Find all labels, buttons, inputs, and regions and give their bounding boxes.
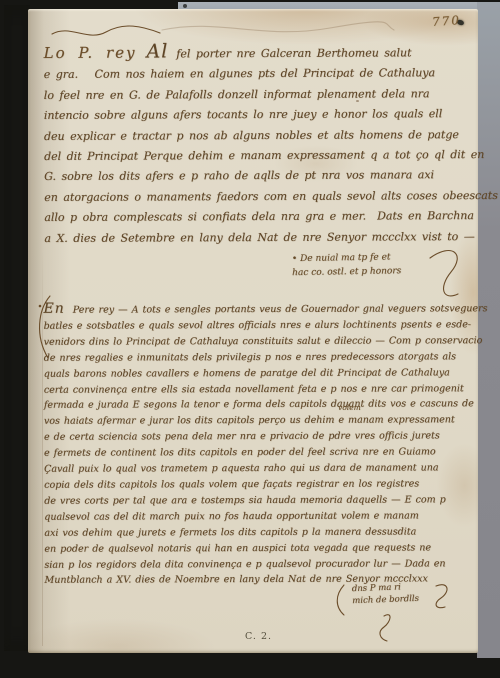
letter-2: EnPere rey — A tots e sengles portants v… [43,300,478,589]
manuscript-line: vos haiats afermar e jurar los dits capi… [44,413,478,430]
manuscript-line: de nres regalies e inmunitats dels privi… [44,349,478,366]
manuscript-line: a X. dies de Setembre en lany dela Nat d… [44,227,476,249]
marginal-note: • De nuial ma tp fe et hac co. ostl. et … [292,251,422,280]
book-gutter-page-edges [4,5,30,651]
interlinear-word: volem [338,403,361,412]
manuscript-line: e fermets de continent los dits capitols… [44,444,478,461]
letter-2-initial: En [43,301,64,317]
letter-1: Lo P. reyAlfel porter nre Galceran Berth… [44,40,477,249]
manuscript-line: allo p obra complescats si confiats dela… [44,206,476,228]
manuscript-line: batles e sotsbatles e quals sevol altres… [44,317,478,334]
letter-1-initial: Al [146,40,168,62]
manuscript-line: fermada e jurada E segons la tenor e for… [44,397,478,414]
signature-note-line: mich de bordlls [352,593,419,607]
manuscript-photo: 770 Lo P. reyAlfel porter nre Galceran B… [0,0,500,678]
backdrop-strip-right [477,2,500,658]
manuscript-line: Lo P. reyAlfel porter nre Galceran Berth… [44,40,476,65]
manuscript-line: e gra. Com nos haiem en algunes pts del … [44,63,476,85]
manuscript-line: EnPere rey — A tots e sengles portants v… [43,300,477,318]
manuscript-line: e de certa sciencia sots pena dela mer n… [44,428,478,445]
manuscript-line: axi vos dehim que jurets e fermets los d… [44,524,478,541]
manuscript-line: del dit Principat Perque dehim e manam e… [44,145,476,167]
folio-number: 770 [432,13,462,29]
manuscript-line: intencio sobre alguns afers tocants lo n… [44,104,476,126]
quire-mark: C. 2. [245,631,272,642]
manuscript-line: de vres corts per tal que ara e tostemps… [44,492,478,509]
manuscript-line: venidors dins lo Principat de Cathaluya … [44,333,478,350]
manuscript-line: quals barons nobles cavallers e homens d… [44,365,478,382]
manuscript-line: certa convinença entre ells sia estada n… [44,381,478,398]
manuscript-line: qualsevol cas del dit march puix no fos … [44,508,478,525]
manuscript-line: lo feel nre en G. de Palafolls donzell i… [44,84,476,106]
letter-2-first-line: Pere rey — A tots e sengles portants veu… [73,303,488,315]
letter-1-opener: Lo P. rey [44,44,137,62]
manuscript-line: deu explicar e tractar p nos ab alguns n… [44,125,476,147]
manuscript-line: en poder de qualsevol notaris qui han en… [44,540,478,557]
manuscript-line: copia dels dits capitols los quals volem… [44,476,478,493]
marginal-note-line: hac co. ostl. et p honors [292,264,422,280]
manuscript-line: G. sobre los dits afers e p raho de aqll… [44,165,476,187]
dark-speck [183,4,187,8]
signature-note: dns P ma ri mich de bordlls [352,581,420,607]
manuscript-line: sian p los regidors dela dita convinença… [44,556,478,573]
letter-1-first-line: fel porter nre Galceran Berthomeu salut [176,46,411,60]
manuscript-line: Çavall puix lo qual vos trametem p aques… [44,460,478,477]
manuscript-line: en atorgacions o manaments faedors com e… [44,186,476,208]
